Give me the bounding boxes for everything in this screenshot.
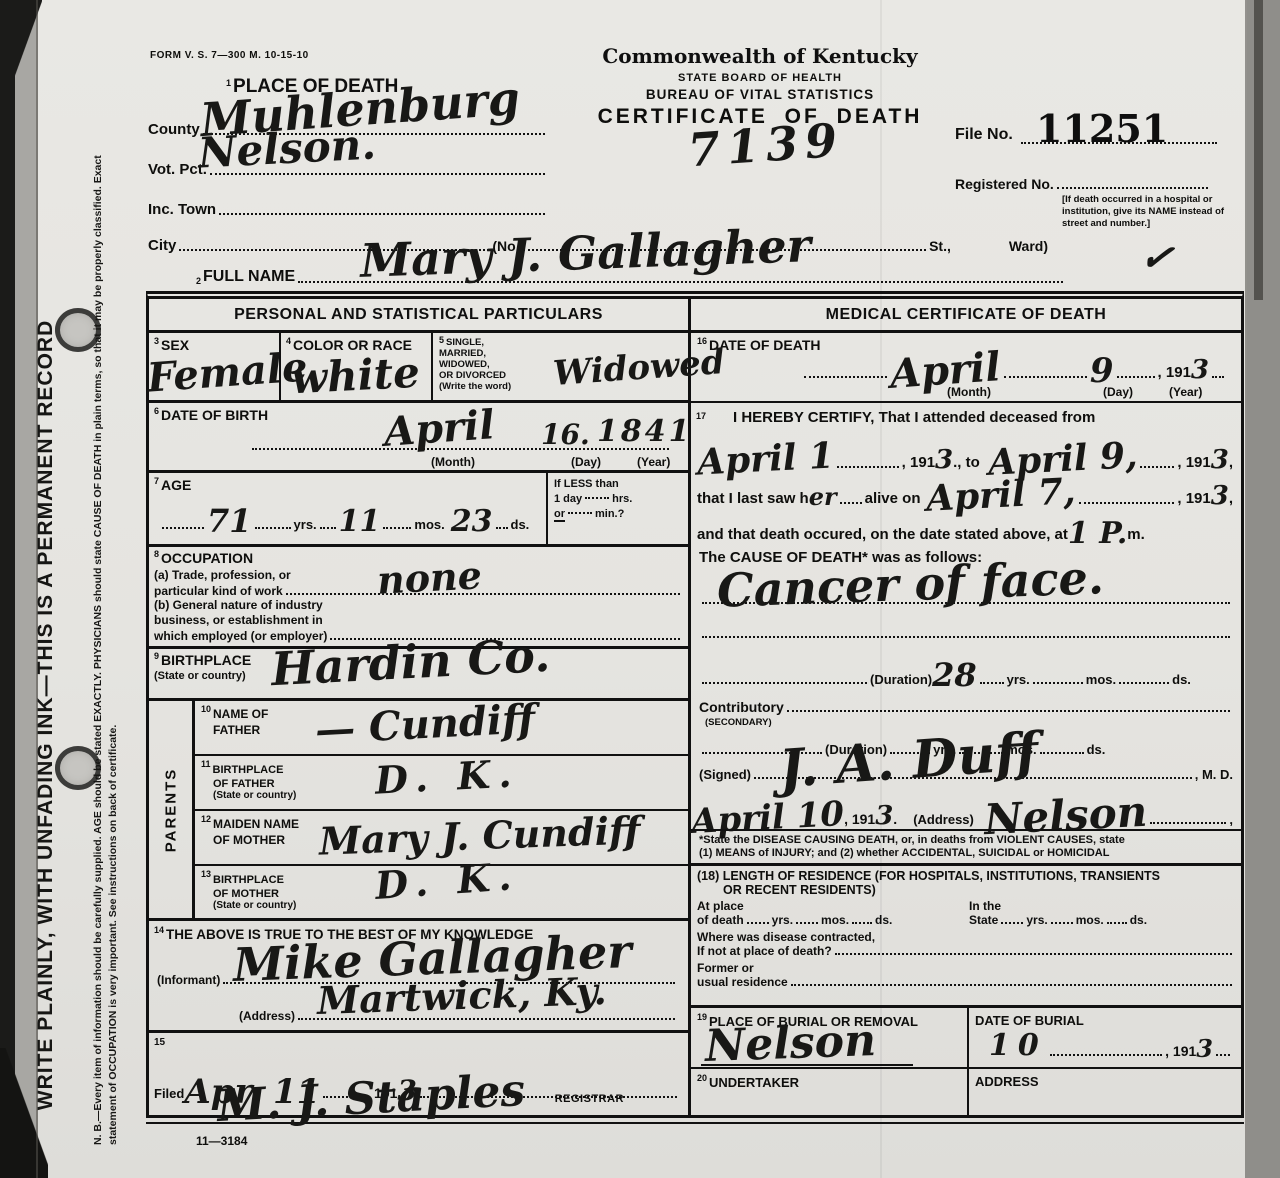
undertaker-address-label: ADDRESS (975, 1074, 1039, 1089)
occupation-value-handwriting: none (376, 556, 483, 599)
residence-at-place: At place of death yrs. mos. ds. (697, 899, 969, 927)
in-state-label-1: In the (969, 899, 1235, 913)
marital-number: 5 (439, 335, 444, 345)
contributory-ds-label: ds. (1087, 742, 1106, 757)
personal-title: PERSONAL AND STATISTICAL PARTICULARS (149, 299, 688, 333)
dob-month-handwriting: April (383, 405, 496, 453)
dotted-line (286, 592, 680, 595)
footnote-line-2: (1) MEANS of INJURY; and (2) whether ACC… (699, 847, 1233, 860)
dotted-line (796, 921, 818, 924)
dotted-line (840, 501, 862, 504)
contracted-label-2: If not at place of death? (697, 944, 832, 958)
certify-line-2: April 1 , 191 3 ., to April 9, , 191 3 , (697, 443, 1233, 471)
file-no-label: File No. (955, 126, 1013, 144)
residence-number: (18) (697, 869, 719, 883)
sex-race-marital-row: 3SEX 4COLOR OR RACE 5SINGLE, MARRIED, WI… (149, 333, 688, 403)
sex-number: 3 (154, 336, 159, 346)
father-bp-label-1: BIRTHPLACE (213, 764, 284, 776)
less-than-day: 1 day (554, 493, 582, 505)
dotted-line (1150, 821, 1226, 824)
dod-day-caption: (Day) (1103, 385, 1133, 399)
full-name-label: FULL NAME (203, 268, 295, 286)
dotted-line (255, 526, 291, 529)
former-line-1: Former or (697, 961, 1235, 975)
dotted-line (1051, 921, 1073, 924)
city-label: City (148, 237, 176, 254)
father-bp-number: 11 (201, 759, 211, 769)
burial-row: 19PLACE OF BURIAL OR REMOVAL Nelson DATE… (691, 1005, 1241, 1067)
age-value-line: 71 yrs. 11 mos. 23 ds. (159, 505, 538, 532)
alive-on-text: alive on (865, 490, 921, 507)
inc-town-line: Inc. Town (148, 190, 548, 218)
burial-place-handwriting: Nelson (704, 1019, 876, 1069)
inc-town-label: Inc. Town (148, 201, 216, 218)
paper-right-edge (1245, 0, 1247, 1178)
seen-year-digit-handwriting: 3 (1211, 483, 1229, 509)
residence-heading: (18) LENGTH OF RESIDENCE (FOR HOSPITALS,… (697, 869, 1235, 883)
parents-label: PARENTS (162, 767, 179, 852)
dotted-line (1021, 141, 1217, 144)
less-than-line-3: ormin.? (554, 507, 682, 522)
burial-date-cell: DATE OF BURIAL 10 , 191 3 (969, 1008, 1241, 1067)
duration-ds-label: ds. (1172, 672, 1191, 687)
former-label-2: usual residence (697, 975, 788, 989)
certify-comma: , (1229, 454, 1233, 471)
dob-month-caption: (Month) (431, 455, 475, 469)
address-tail-comma: , (1229, 812, 1233, 827)
sex-value-handwriting: Female (146, 347, 309, 398)
medical-certificate-column: MEDICAL CERTIFICATE OF DEATH 16DATE OF D… (691, 299, 1241, 1115)
dotted-line (852, 921, 872, 924)
dotted-line (1040, 751, 1084, 754)
father-birthplace-handwriting: D. K. (374, 754, 520, 800)
less-than-line-1: If LESS than (554, 477, 682, 492)
birthplace-number: 9 (154, 651, 159, 661)
burial-year-prefix: , 191 (1165, 1043, 1196, 1059)
in-state-line: State yrs. mos. ds. (969, 913, 1235, 927)
age-years-handwriting: 71 (207, 505, 252, 537)
certify-line-4: and that death occured, on the date stat… (697, 517, 1233, 543)
undertaker-row: 20UNDERTAKER ADDRESS (691, 1067, 1241, 1115)
death-occured-text: and that death occured, on the date stat… (697, 526, 1068, 543)
former-line-2: usual residence (697, 975, 1235, 989)
scan-edge-strip (0, 0, 15, 1178)
stamp-number-handwriting: 7139 (687, 117, 846, 174)
sex-label: SEX (161, 337, 189, 353)
dotted-line (585, 496, 609, 499)
undertaker-label: UNDERTAKER (709, 1075, 799, 1090)
in-state-label-2: State (969, 913, 998, 927)
less-than-min: min.? (595, 508, 624, 520)
filed-label: Filed (154, 1086, 184, 1101)
address-label: (Address) (913, 812, 974, 827)
filed-number: 15 (154, 1037, 165, 1048)
duration-label: (Duration) (870, 672, 932, 687)
contributory-secondary-label: (SECONDARY) (705, 717, 772, 728)
burial-date-handwriting: 10 (989, 1031, 1047, 1061)
in-state-ds: ds. (1130, 913, 1147, 927)
occupation-b-line2: business, or establishment in (154, 613, 683, 628)
city-st-label: St., (929, 238, 951, 254)
birthplace-value-handwriting: Hardin Co. (270, 632, 551, 693)
mother-label-1: MAIDEN NAME (213, 817, 299, 831)
from-year-prefix: , 191 (902, 454, 935, 471)
registrar-label: REGISTRAR (555, 1093, 624, 1105)
residence-label-1: LENGTH OF RESIDENCE (FOR HOSPITALS, INST… (723, 869, 1160, 883)
death-time-handwriting: 1 P. (1068, 519, 1127, 549)
at-place-line: of death yrs. mos. ds. (697, 913, 969, 927)
dotted-line (219, 212, 545, 215)
at-place-yrs: yrs. (772, 913, 793, 927)
dob-number: 6 (154, 406, 159, 416)
dob-year-caption: (Year) (637, 455, 670, 469)
cause-of-death-block: The CAUSE OF DEATH* was as follows: Canc… (691, 547, 1241, 693)
personal-particulars-column: PERSONAL AND STATISTICAL PARTICULARS 3SE… (149, 299, 691, 1115)
m-label: m. (1127, 526, 1145, 543)
mother-bp-number: 13 (201, 869, 211, 879)
duration-years-handwriting: 28 (932, 659, 977, 691)
dod-year-caption: (Year) (1169, 385, 1202, 399)
age-label: AGE (161, 477, 191, 493)
city-ward-label: Ward) (1009, 238, 1048, 254)
less-than-hrs: hrs. (612, 493, 632, 505)
age-number: 7 (154, 476, 159, 486)
dob-day-handwriting: 16. (541, 421, 590, 449)
informant-label: (Informant) (157, 973, 220, 987)
from-year-digit-handwriting: 3 (935, 447, 953, 473)
place-of-death-number: 1 (226, 78, 231, 88)
signed-block: (Signed) , M. D. J. A. Duff April 10 , 1… (691, 759, 1241, 829)
birthplace-label: BIRTHPLACE (161, 652, 251, 668)
undertaker-number: 20 (697, 1073, 707, 1083)
dob-heading: 6DATE OF BIRTH (154, 406, 268, 425)
dotted-line (162, 526, 204, 529)
dod-year-digit-handwriting: 3 (1191, 357, 1209, 383)
less-than-or: or (554, 508, 565, 522)
burial-date-line: 10 , 191 3 (975, 1031, 1233, 1059)
parents-block: PARENTS 10NAME OF FATHER — Cundiff 11BIR… (149, 701, 688, 921)
certify-line-3: that I last saw h er alive on April 7, ,… (697, 481, 1233, 507)
dotted-line (1001, 921, 1023, 924)
mother-bp-label-1: BIRTHPLACE (213, 874, 284, 886)
scan-right-dark-band (1254, 0, 1263, 300)
occupation-number: 8 (154, 549, 159, 559)
registered-no-line: Registered No. (955, 168, 1211, 192)
less-than-line-2: 1 dayhrs. (554, 492, 682, 507)
dotted-line (1004, 375, 1087, 378)
burial-year-digit-handwriting: 3 (1196, 1037, 1213, 1061)
father-name-row: 10NAME OF FATHER — Cundiff (195, 701, 688, 756)
certify-block: 17 I HEREBY CERTIFY, That I attended dec… (691, 403, 1241, 547)
signed-date-address-line: April 10 , 191 3 . (Address) Nelson , (691, 801, 1233, 827)
duration-mos-label: mos. (1086, 672, 1116, 687)
residence-in-state: In the State yrs. mos. ds. (969, 899, 1235, 927)
duration-line: (Duration) 28 yrs. mos. ds. (699, 659, 1233, 687)
last-saw-text: that I last saw h (697, 490, 809, 507)
registered-no-label: Registered No. (955, 176, 1054, 192)
to-word: ., to (953, 454, 980, 471)
dotted-line (1107, 921, 1127, 924)
informant-row: 14THE ABOVE IS TRUE TO THE BEST OF MY KN… (149, 921, 688, 1033)
occupation-label: OCCUPATION (161, 550, 253, 566)
dotted-line (496, 526, 508, 529)
dod-line: April 9 , 191 3 (801, 351, 1227, 381)
informant-address-label: (Address) (239, 1009, 295, 1023)
check-mark-handwriting: ✓ (1137, 236, 1176, 280)
dotted-line (1216, 1053, 1230, 1056)
father-name-handwriting: — Cundiff (314, 699, 536, 750)
dod-year-prefix: , 191 (1158, 364, 1191, 381)
parents-strip: PARENTS (149, 701, 195, 918)
medical-title: MEDICAL CERTIFICATE OF DEATH (691, 299, 1241, 333)
md-label: , M. D. (1195, 767, 1233, 782)
dotted-line (791, 983, 1232, 986)
undertaker-cell: 20UNDERTAKER (691, 1069, 969, 1115)
full-name-number: 2 (196, 276, 201, 286)
file-no-value: 11251 (1036, 106, 1168, 151)
duration-yrs-label: yrs. (1007, 672, 1030, 687)
last-seen-date-handwriting: April 7, (926, 473, 1077, 517)
contributory-line: Contributory (699, 699, 1233, 715)
birthplace-row: 9BIRTHPLACE (State or country) Hardin Co… (149, 649, 688, 701)
seen-year-prefix: , 191 (1177, 490, 1210, 507)
age-ds-label: ds. (511, 517, 530, 532)
contracted-line-2: If not at place of death? (697, 944, 1235, 958)
attended-from-date-handwriting: April 1 (696, 437, 835, 480)
residence-columns: At place of death yrs. mos. ds. In the S… (697, 899, 1235, 927)
certify-number: 17 (696, 411, 706, 421)
at-place-ds: ds. (875, 913, 892, 927)
in-state-mos: mos. (1076, 913, 1104, 927)
undertaker-address-cell: ADDRESS (969, 1069, 1241, 1115)
burial-date-label: DATE OF BURIAL (975, 1013, 1084, 1028)
dotted-line (568, 511, 592, 514)
seen-comma: , (1229, 490, 1233, 507)
age-row: 7AGE 71 yrs. 11 mos. 23 ds. (149, 473, 688, 547)
father-label-1: NAME OF (213, 707, 268, 721)
filed-row: 15 Filed Apr. 11 , 191 3 M. J. Staples R… (149, 1033, 688, 1115)
dod-month-caption: (Month) (947, 385, 991, 399)
commonwealth-title: Commonwealth of Kentucky (555, 44, 965, 68)
hospital-note: [If death occurred in a hospital or inst… (1062, 194, 1244, 230)
dotted-line (320, 526, 336, 529)
age-main-cell: 7AGE 71 yrs. 11 mos. 23 ds. (149, 473, 546, 544)
mother-number: 12 (201, 814, 211, 824)
dotted-line (1119, 681, 1169, 684)
scan-right-margin (1247, 0, 1280, 1178)
contributory-label: Contributory (699, 699, 784, 715)
bureau-title: BUREAU OF VITAL STATISTICS (555, 87, 965, 102)
age-mos-label: mos. (414, 517, 444, 532)
dotted-line (747, 921, 769, 924)
parents-rows: 10NAME OF FATHER — Cundiff 11BIRTHPLACE … (195, 701, 688, 918)
marital-line-1: SINGLE, (446, 337, 484, 348)
signed-period: . (893, 811, 897, 827)
cause-footnote: *State the DISEASE CAUSING DEATH, or, in… (691, 829, 1241, 863)
county-label: County (148, 121, 200, 138)
dod-day-handwriting: 9 (1090, 354, 1114, 388)
dotted-line (702, 635, 1230, 638)
dotted-line (1033, 681, 1083, 684)
race-value-handwriting: white (290, 352, 421, 401)
contracted-line-1: Where was disease contracted, (697, 930, 1235, 944)
mother-birthplace-row: 13BIRTHPLACE OF MOTHER (State or country… (195, 866, 688, 921)
certificate-main-box: PERSONAL AND STATISTICAL PARTICULARS 3SE… (146, 291, 1244, 1118)
header-center-block: Commonwealth of Kentucky STATE BOARD OF … (555, 44, 965, 129)
truth-number: 14 (154, 925, 164, 935)
occupation-a-line2-label: particular kind of work (154, 584, 283, 598)
residence-label-2: OR RECENT RESIDENTS) (697, 883, 1235, 897)
dotted-line (1050, 1053, 1162, 1056)
mother-name-handwriting: Mary J. Cundiff (318, 811, 641, 860)
dotted-line (787, 709, 1230, 712)
age-yrs-label: yrs. (294, 517, 317, 532)
physician-signature-handwriting: J. A. Duff (778, 726, 1040, 796)
bottom-form-code: 11—3184 (196, 1134, 247, 1148)
in-state-yrs: yrs. (1026, 913, 1047, 927)
at-place-label-1: At place (697, 899, 969, 913)
certify-intro: I HEREBY CERTIFY, That I attended deceas… (733, 409, 1095, 426)
dob-year-handwriting: 1841 (597, 417, 693, 447)
form-number: FORM V. S. 7—300 M. 10-15-10 (150, 50, 309, 61)
father-birthplace-row: 11BIRTHPLACE OF FATHER (State or country… (195, 756, 688, 811)
margin-note-permanent-record: WRITE PLAINLY, WITH UNFADING INK—THIS IS… (34, 320, 58, 1111)
age-months-handwriting: 11 (339, 507, 381, 537)
mother-birthplace-handwriting: D. K. (374, 857, 521, 905)
dotted-line (837, 465, 899, 468)
dotted-line (1079, 501, 1174, 504)
to-year-prefix: , 191 (1177, 454, 1210, 471)
scanned-death-certificate: WRITE PLAINLY, WITH UNFADING INK—THIS IS… (0, 0, 1280, 1178)
dob-day-caption: (Day) (571, 455, 601, 469)
to-year-digit-handwriting: 3 (1211, 447, 1229, 473)
her-handwriting: er (809, 485, 837, 509)
age-less-than-cell: If LESS than 1 dayhrs. ormin.? (546, 473, 688, 544)
dotted-line (1057, 186, 1208, 189)
dotted-line (1212, 375, 1224, 378)
state-board-title: STATE BOARD OF HEALTH (555, 72, 965, 84)
dotted-line (383, 526, 411, 529)
signed-year-digit-handwriting: 3 (875, 803, 893, 829)
father-number: 10 (201, 704, 211, 714)
date-of-death-row: 16DATE OF DEATH April 9 , 191 3 (Month) … (691, 333, 1241, 403)
cause-value-handwriting: Cancer of face. (716, 554, 1104, 613)
dotted-line (702, 681, 867, 684)
dotted-line (835, 952, 1232, 955)
at-place-label-2: of death (697, 913, 744, 927)
margin-note-instructions: N. B.—Every item of information should b… (91, 135, 121, 1145)
signed-label: (Signed) (699, 767, 751, 782)
dotted-line (804, 375, 887, 378)
voting-precinct-value-handwriting: Nelson. (197, 123, 377, 174)
informant-address-handwriting: Martwick, Ky. (316, 972, 607, 1020)
footnote-line-1: *State the DISEASE CAUSING DEATH, or, in… (699, 834, 1233, 847)
date-of-birth-row: 6DATE OF BIRTH April 16. 1841 (Month) (D… (149, 403, 688, 473)
dotted-line (1140, 465, 1174, 468)
signed-year-prefix: , 191 (844, 811, 875, 827)
dotted-line (980, 681, 1004, 684)
at-place-mos: mos. (821, 913, 849, 927)
dob-label: DATE OF BIRTH (161, 407, 268, 423)
age-days-handwriting: 23 (451, 507, 493, 537)
burial-place-cell: 19PLACE OF BURIAL OR REMOVAL Nelson (691, 1008, 969, 1067)
dotted-line (1117, 375, 1155, 378)
residence-block: (18) LENGTH OF RESIDENCE (FOR HOSPITALS,… (691, 863, 1241, 1005)
